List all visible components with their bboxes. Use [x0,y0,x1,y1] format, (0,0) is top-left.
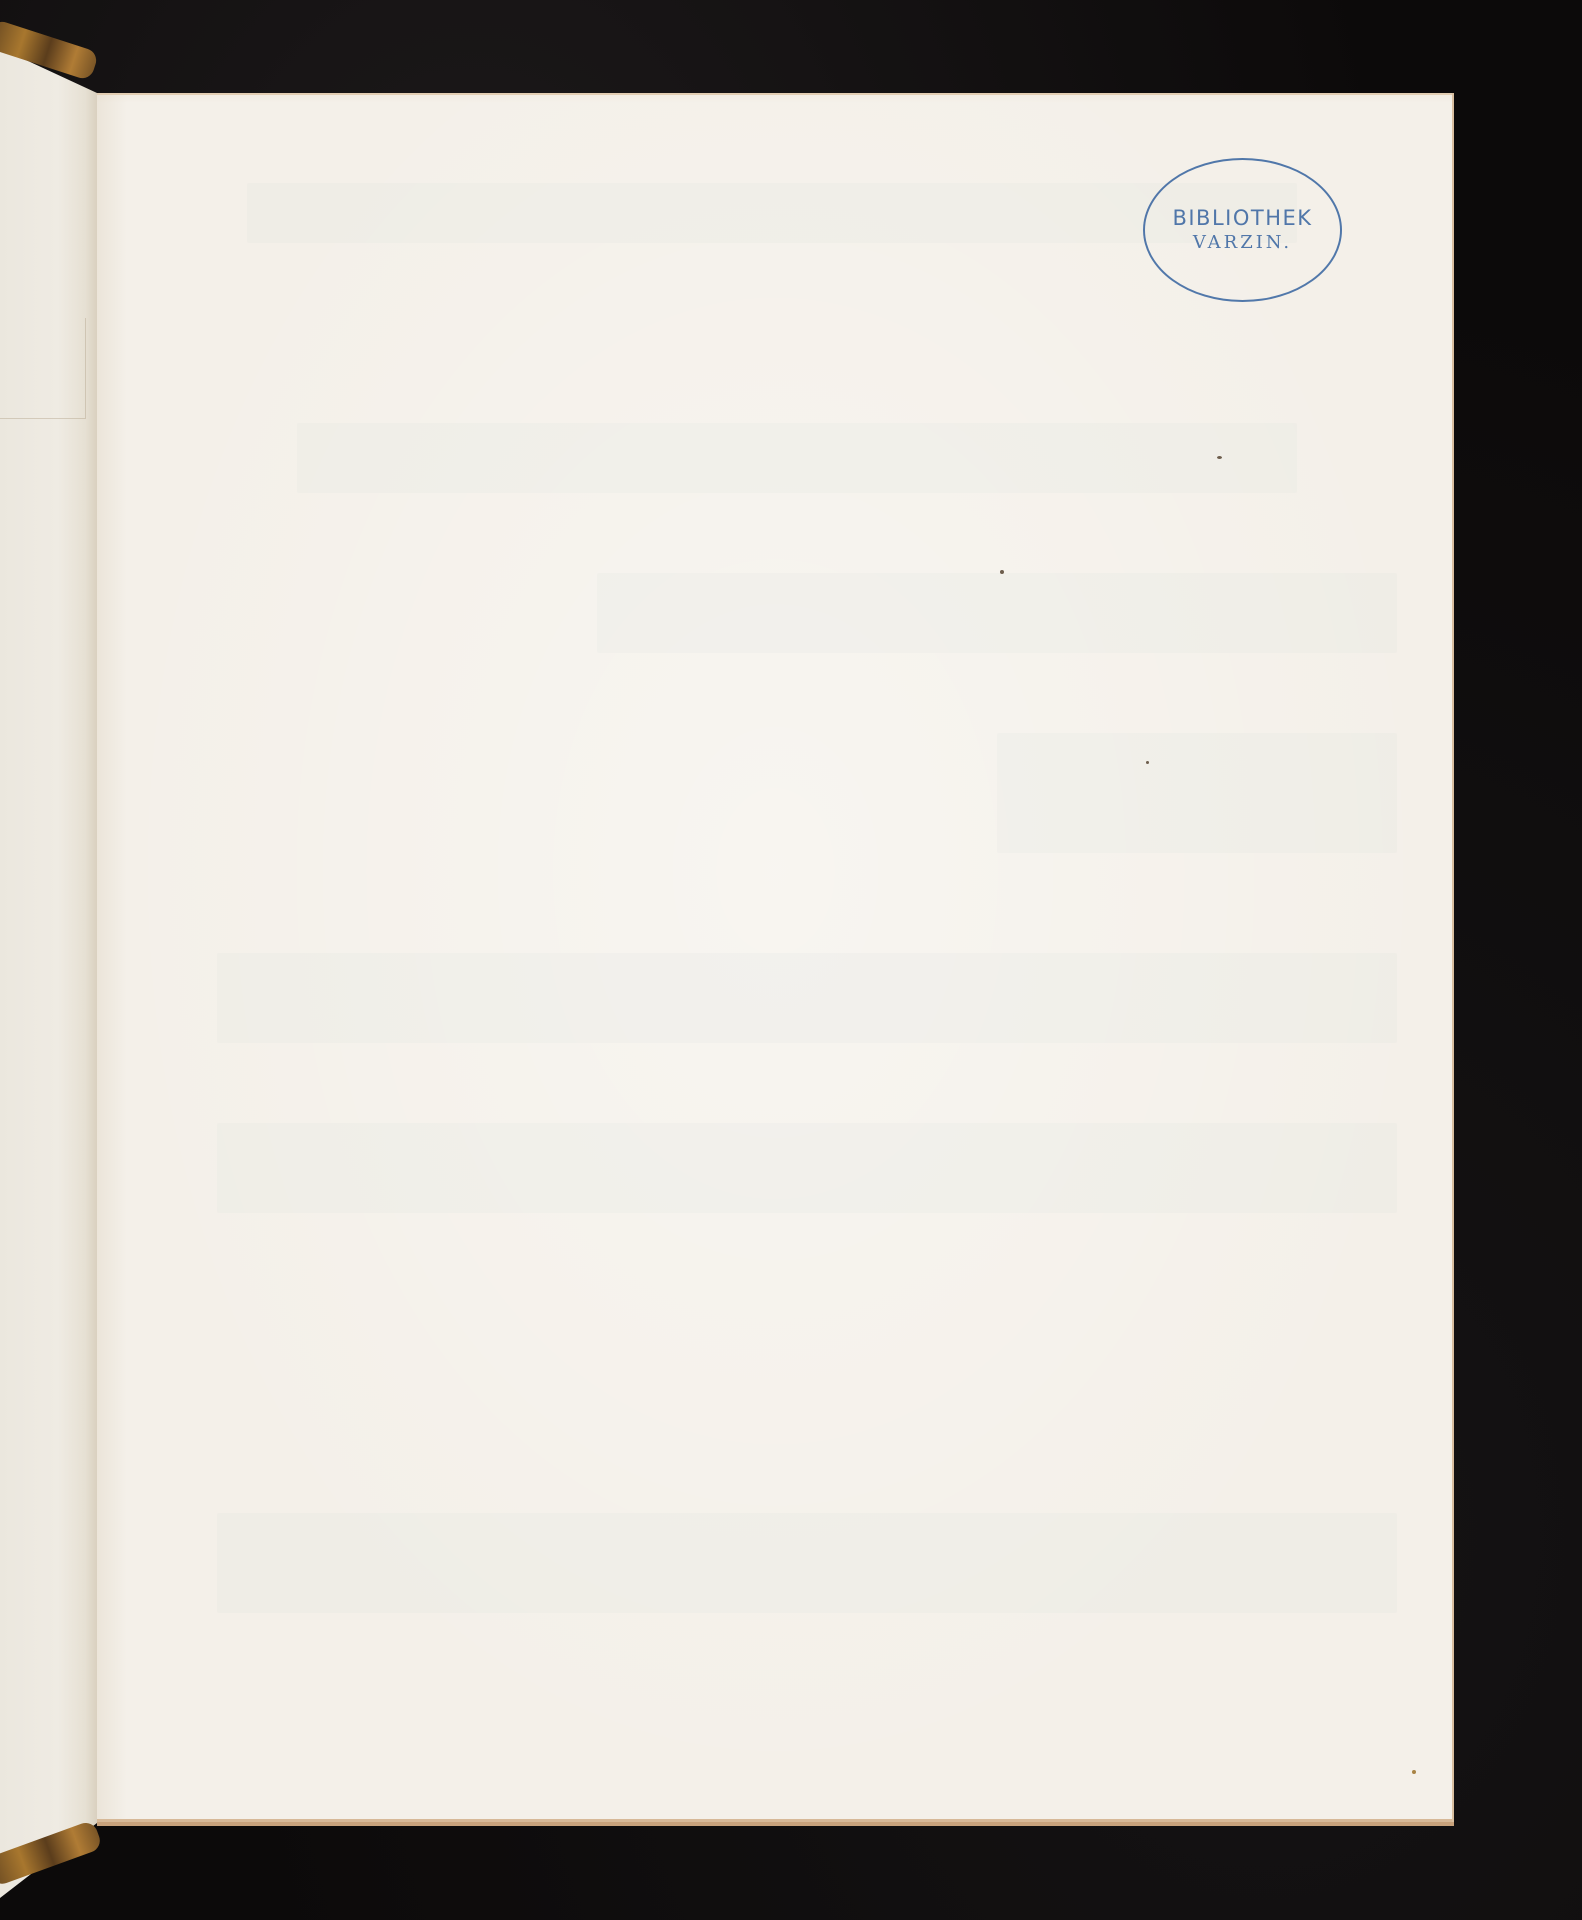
endpaper-crease [0,318,86,419]
library-stamp: BIBLIOTHEK VARZIN. [1143,158,1342,302]
left-endpaper [0,48,97,1898]
foxing-speck [1217,456,1222,459]
show-through-text [997,733,1397,853]
stamp-line-1: BIBLIOTHEK [1172,206,1312,231]
show-through-text [217,1123,1397,1213]
show-through-text [297,423,1297,493]
show-through-text [247,183,1297,243]
page-edge-bottom [97,1822,1454,1826]
foxing-speck [1146,761,1149,764]
foxing-speck [1412,1770,1416,1774]
show-through-text [217,953,1397,1043]
show-through-text [597,573,1397,653]
book-page [97,93,1454,1822]
stamp-line-2: VARZIN. [1193,231,1292,254]
foxing-speck [1000,570,1004,574]
show-through-text [217,1513,1397,1613]
